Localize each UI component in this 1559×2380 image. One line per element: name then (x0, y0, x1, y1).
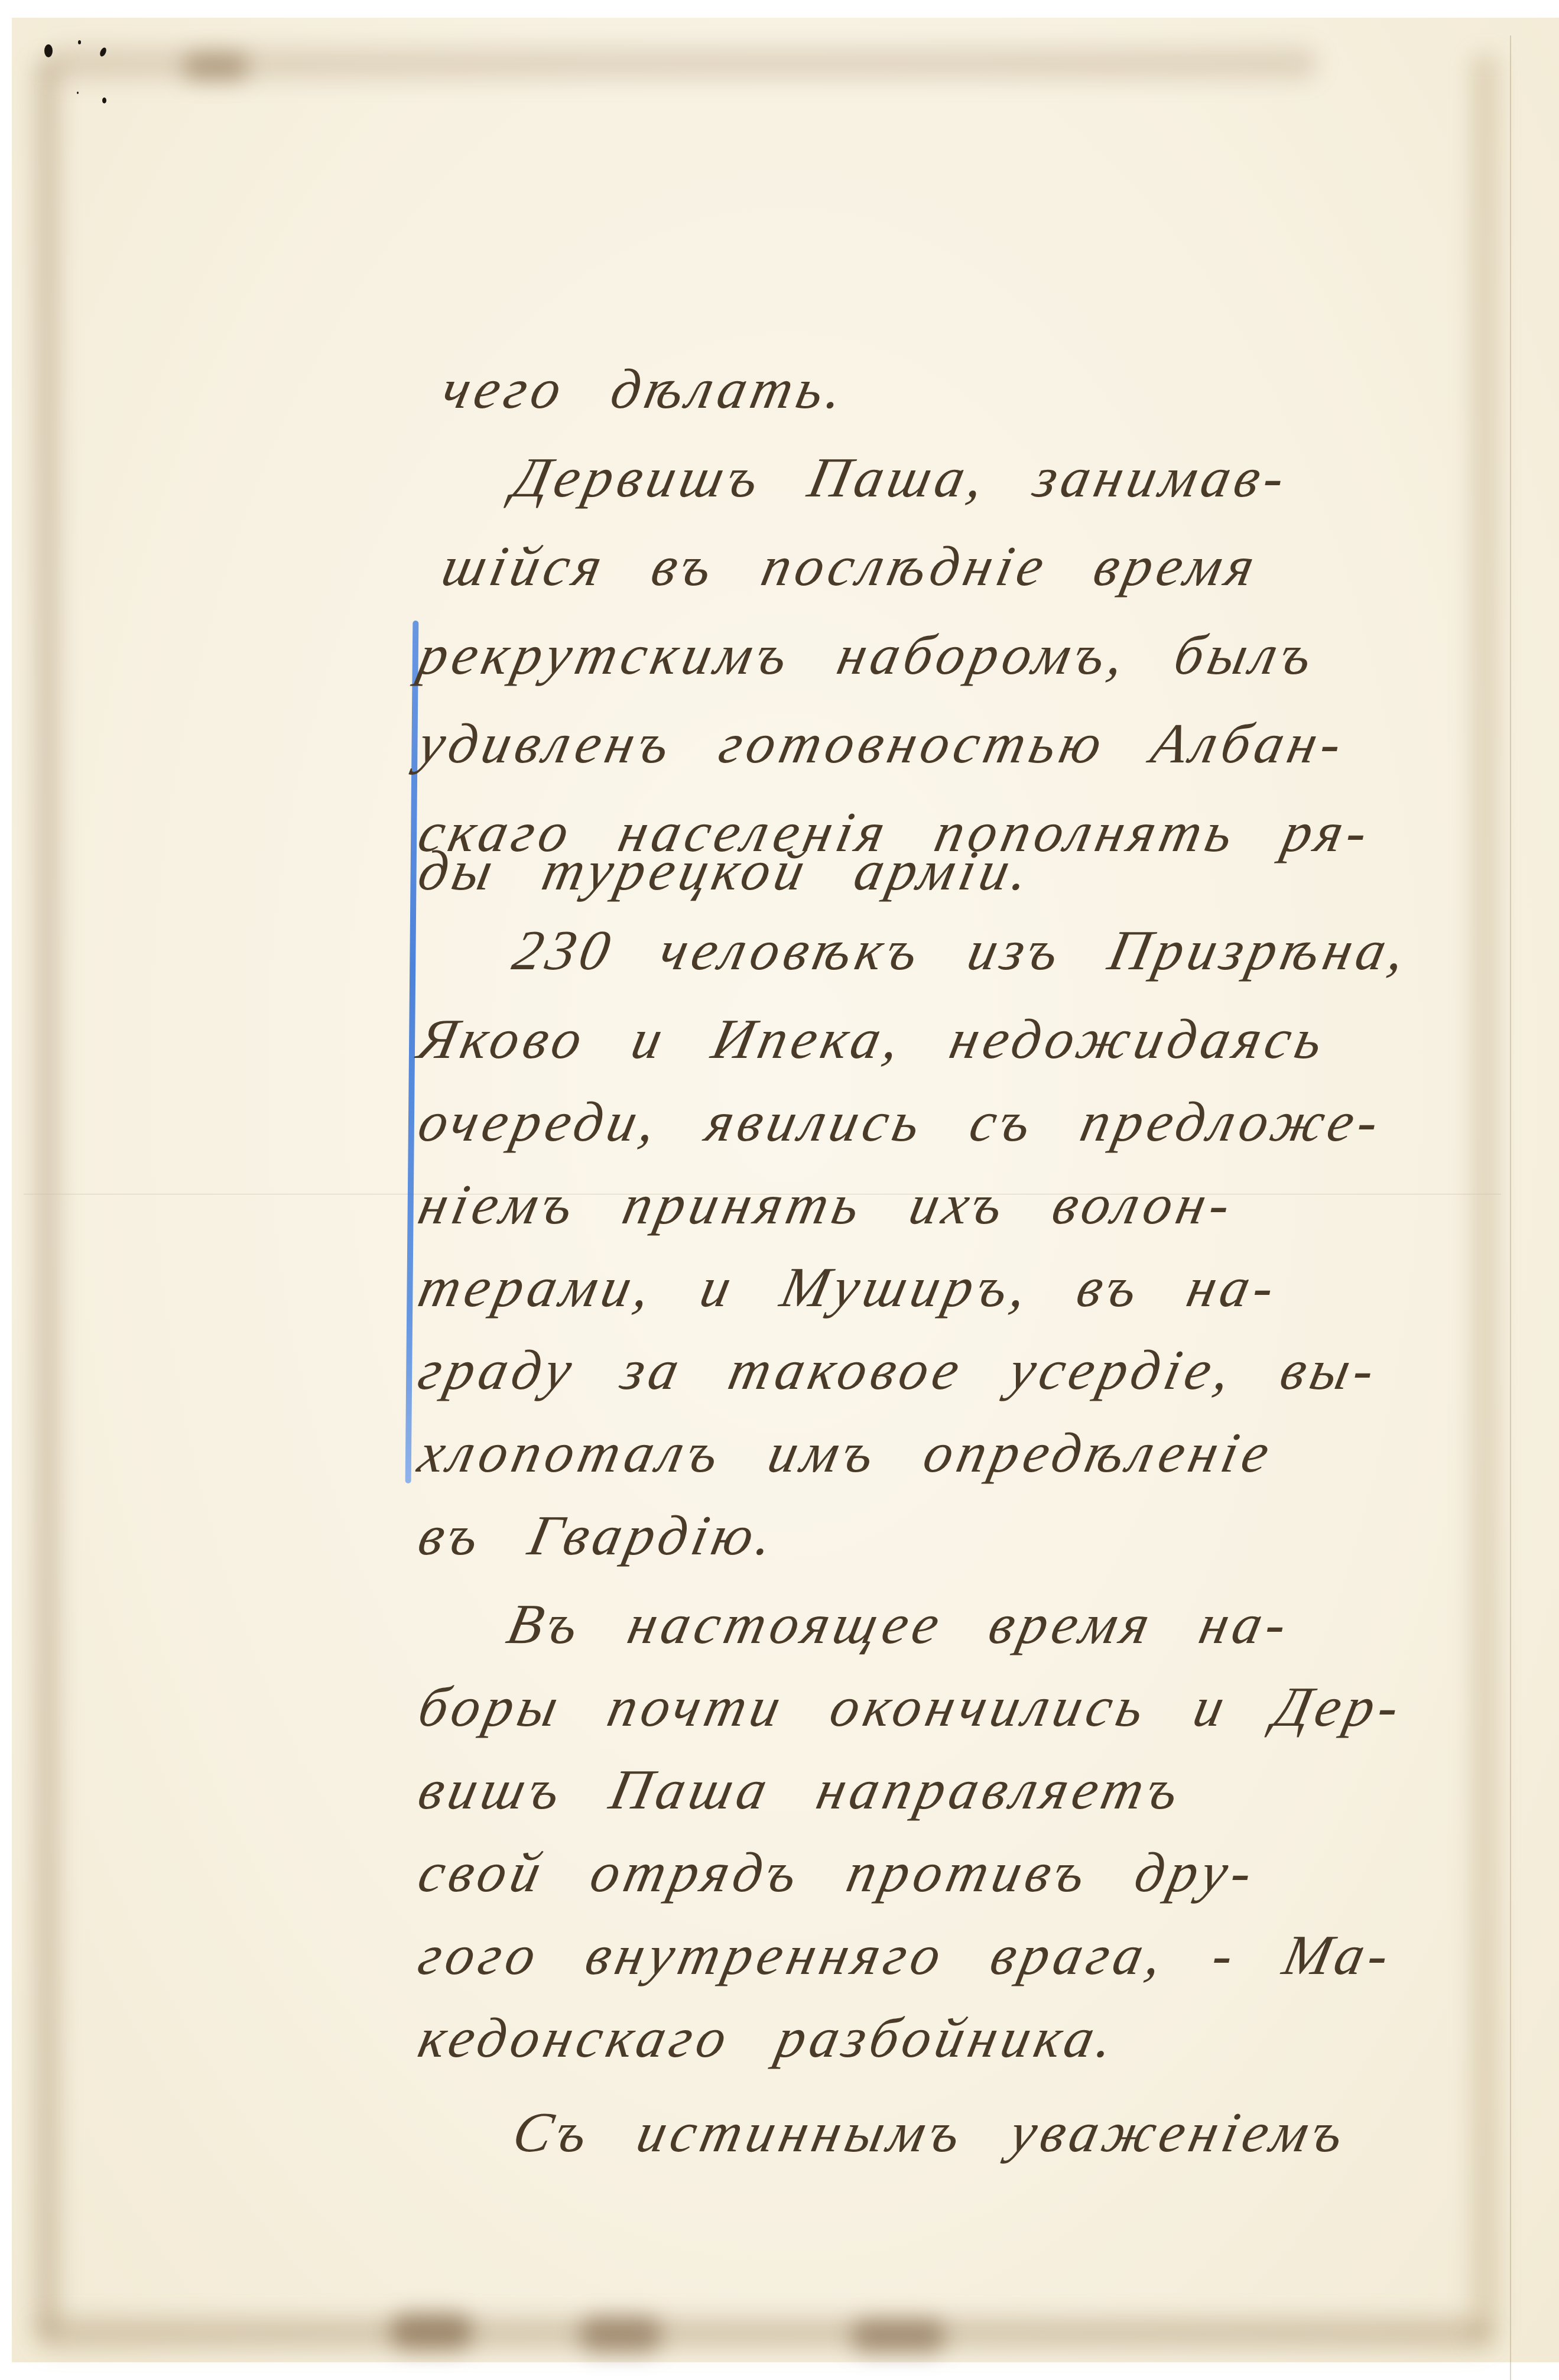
text-line: боры почти окончились и Дер- (414, 1678, 1409, 1735)
text-line: въ Гвардію. (414, 1507, 782, 1564)
text-line: ніемъ принять ихъ волон- (414, 1176, 1240, 1233)
text-line: вишъ Паша направляетъ (414, 1761, 1188, 1818)
text-line: гого внутренняго врага, - Ма- (414, 1927, 1398, 1983)
text-line: ды турецкой арміи. (414, 842, 1038, 899)
text-line: кедонскаго разбойника. (414, 2009, 1123, 2066)
text-line: 230 человѣкъ изъ Призрѣна, (508, 922, 1415, 979)
text-line: терами, и Муширъ, въ на- (414, 1259, 1284, 1316)
text-line: чего дѣлать. (437, 361, 853, 417)
text-line: Въ настоящее время на- (502, 1596, 1296, 1652)
text-line: очереди, явились съ предложе- (414, 1093, 1388, 1150)
text-line: хлопоталъ имъ опредѣленіе (414, 1424, 1279, 1481)
text-line: граду за таковое усердіе, вы- (414, 1342, 1384, 1398)
handwritten-text: чего дѣлать. Дервишъ Паша, занимав- шійс… (0, 0, 1559, 2380)
text-line: Дервишъ Паша, занимав- (508, 449, 1294, 506)
text-line: Яково и Ипека, недожидаясь (414, 1011, 1332, 1067)
text-line: удивленъ готовностью Албан- (414, 715, 1351, 772)
text-line: рекрутскимъ наборомъ, былъ (414, 626, 1321, 683)
text-line: Съ истиннымъ уваженіемъ (508, 2104, 1353, 2161)
text-line: свой отрядъ противъ дру- (414, 1844, 1262, 1901)
text-line: шійся въ послѣдніе время (437, 538, 1264, 595)
